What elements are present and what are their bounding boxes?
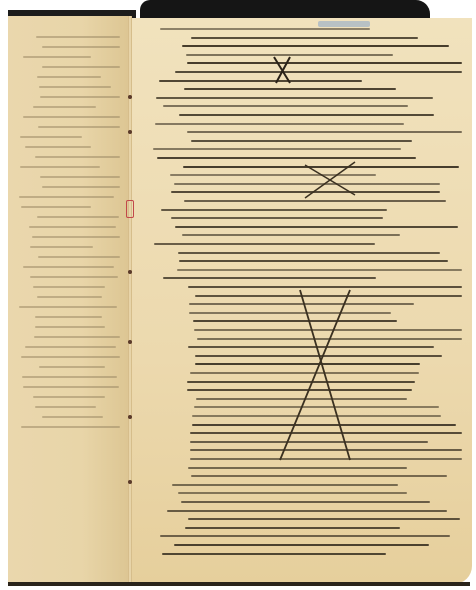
- handwriting-line: [174, 544, 429, 546]
- handwriting-line: [187, 62, 462, 64]
- handwriting-line: [187, 381, 415, 383]
- handwriting-line: [189, 312, 391, 314]
- handwriting-line: [39, 86, 111, 88]
- binding-stitch: [128, 340, 132, 344]
- handwriting-line: [161, 209, 388, 211]
- handwriting-line: [19, 196, 115, 198]
- handwriting-line: [188, 467, 407, 469]
- handwriting-line: [190, 441, 428, 443]
- notebook-cover-top: [140, 0, 430, 18]
- handwriting-line: [36, 36, 120, 38]
- handwriting-line: [42, 66, 120, 68]
- handwriting-line: [179, 114, 435, 116]
- handwriting-line: [30, 246, 93, 248]
- handwriting-line: [37, 76, 101, 78]
- handwriting-line: [178, 252, 440, 254]
- handwriting-line: [22, 376, 117, 378]
- handwriting-line: [175, 71, 462, 73]
- left-page: [8, 16, 131, 584]
- handwriting-line: [190, 449, 462, 451]
- handwriting-line: [195, 363, 420, 365]
- handwriting-line: [23, 266, 114, 268]
- handwriting-line: [33, 396, 104, 398]
- handwriting-line: [39, 366, 105, 368]
- handwriting-line: [172, 484, 398, 486]
- handwriting-line: [23, 56, 91, 58]
- handwriting-line: [35, 406, 96, 408]
- handwriting-line: [182, 234, 399, 236]
- handwriting-line: [155, 123, 404, 125]
- handwriting-line: [154, 243, 375, 245]
- handwriting-line: [30, 276, 118, 278]
- handwriting-line: [37, 216, 119, 218]
- handwriting-line: [187, 131, 462, 133]
- handwriting-line: [156, 97, 433, 99]
- handwriting-line: [21, 356, 120, 358]
- handwriting-line: [190, 372, 419, 374]
- handwriting-line: [177, 269, 462, 271]
- handwriting-line: [21, 206, 91, 208]
- handwriting-line: [191, 140, 413, 142]
- handwriting-line: [163, 105, 408, 107]
- handwriting-line: [157, 157, 415, 159]
- handwriting-line: [188, 518, 460, 520]
- handwriting-line: [170, 174, 376, 176]
- handwriting-line: [38, 126, 120, 128]
- handwriting-line: [190, 458, 462, 460]
- binding-stitch: [128, 270, 132, 274]
- handwriting-line: [190, 432, 462, 434]
- binding-stitch: [128, 480, 132, 484]
- binding-stitch: [128, 415, 132, 419]
- handwriting-line: [20, 166, 100, 168]
- handwriting-line: [171, 217, 383, 219]
- handwriting-line: [38, 256, 120, 258]
- handwriting-line: [186, 54, 393, 56]
- handwriting-line: [194, 329, 462, 331]
- handwriting-line: [37, 296, 102, 298]
- binding-stitch: [128, 95, 132, 99]
- handwriting-line: [32, 236, 120, 238]
- handwriting-line: [174, 183, 440, 185]
- handwriting-line: [184, 88, 397, 90]
- handwriting-line: [35, 156, 120, 158]
- handwriting-line: [184, 200, 446, 202]
- handwriting-line: [179, 260, 448, 262]
- handwriting-line: [160, 28, 370, 30]
- handwriting-line: [189, 303, 414, 305]
- handwriting-line: [29, 226, 115, 228]
- handwriting-line: [19, 306, 116, 308]
- handwriting-line: [196, 398, 407, 400]
- handwriting-line: [195, 295, 462, 297]
- handwriting-line: [187, 389, 412, 391]
- handwriting-line: [163, 277, 376, 279]
- handwriting-line: [20, 136, 81, 138]
- handwriting-line: [162, 553, 385, 555]
- handwriting-line: [34, 336, 120, 338]
- handwriting-line: [153, 148, 401, 150]
- red-margin-mark: [126, 200, 134, 218]
- handwriting-line: [175, 226, 458, 228]
- handwriting-line: [159, 80, 362, 82]
- handwriting-line: [23, 116, 120, 118]
- notebook-spine: [128, 16, 132, 584]
- binding-stitch: [128, 130, 132, 134]
- handwriting-line: [21, 426, 120, 428]
- handwriting-line: [160, 535, 451, 537]
- handwriting-line: [23, 386, 118, 388]
- handwriting-line: [197, 338, 462, 340]
- handwriting-line: [42, 46, 120, 48]
- handwriting-line: [25, 146, 91, 148]
- handwriting-line: [178, 492, 407, 494]
- handwriting-line: [188, 346, 433, 348]
- handwriting-line: [193, 320, 397, 322]
- handwriting-line: [195, 355, 442, 357]
- handwriting-line: [171, 191, 439, 193]
- handwriting-line: [192, 424, 457, 426]
- handwriting-line: [167, 510, 447, 512]
- handwriting-line: [40, 96, 120, 98]
- library-stamp: [318, 21, 370, 27]
- right-page: [132, 18, 472, 584]
- handwriting-line: [33, 286, 105, 288]
- handwriting-line: [191, 37, 418, 39]
- handwriting-line: [194, 406, 439, 408]
- handwriting-line: [25, 346, 116, 348]
- handwriting-line: [40, 176, 120, 178]
- notebook-bottom-edge: [8, 582, 470, 586]
- handwriting-line: [42, 416, 104, 418]
- handwriting-line: [185, 527, 400, 529]
- handwriting-line: [35, 316, 103, 318]
- handwriting-line: [191, 475, 447, 477]
- handwriting-line: [33, 106, 96, 108]
- handwriting-line: [188, 286, 462, 288]
- handwriting-line: [182, 45, 449, 47]
- handwriting-line: [181, 501, 430, 503]
- handwriting-line: [183, 166, 459, 168]
- handwriting-line: [192, 415, 441, 417]
- handwriting-line: [42, 186, 120, 188]
- handwriting-line: [35, 326, 105, 328]
